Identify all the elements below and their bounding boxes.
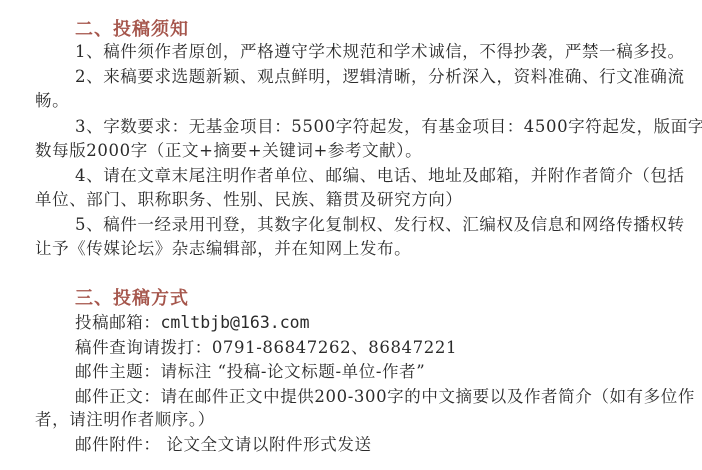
inquiry-phone-numbers: 0791-86847262、86847221 bbox=[212, 338, 457, 357]
inquiry-phone-line: 稿件查询请拨打：0791-86847262、86847221 bbox=[75, 337, 457, 359]
submission-email-line: 投稿邮箱：cmltbjb@163.com bbox=[75, 312, 310, 334]
notice-item-1: 1、稿件须作者原创，严格遵守学术规范和学术诚信，不得抄袭，严禁一稿多投。 bbox=[75, 41, 685, 63]
inquiry-phone-label: 稿件查询请拨打： bbox=[75, 338, 212, 357]
notice-item-5-continued: 让予《传媒论坛》杂志编辑部，并在知网上发布。 bbox=[35, 238, 411, 260]
notice-item-5: 5、稿件一经录用刊登，其数字化复制权、发行权、汇编权及信息和网络传播权转 bbox=[75, 214, 685, 236]
notice-item-4: 4、请在文章末尾注明作者单位、邮编、电话、地址及邮箱，并附作者简介（包括 bbox=[75, 165, 685, 187]
notice-item-4-continued: 单位、部门、职称职务、性别、民族、籍贯及研究方向） bbox=[35, 189, 463, 211]
email-attachment-line: 邮件附件： 论文全文请以附件形式发送 bbox=[75, 434, 372, 456]
email-subject-line: 邮件主题：请标注 “投稿-论文标题-单位-作者” bbox=[75, 361, 425, 383]
section-heading-submission-notes: 二、投稿须知 bbox=[75, 18, 189, 42]
email-attachment-instruction: 论文全文请以附件形式发送 bbox=[161, 435, 372, 454]
email-body-line: 邮件正文：请在邮件正文中提供200-300字的中文摘要以及作者简介（如有多位作 bbox=[75, 386, 695, 408]
email-body-line-continued: 者，请注明作者顺序。） bbox=[35, 409, 215, 431]
email-subject-label: 邮件主题： bbox=[75, 362, 161, 381]
email-subject-instruction: 请标注 “投稿-论文标题-单位-作者” bbox=[161, 362, 426, 381]
notice-item-2-continued: 畅。 bbox=[35, 90, 69, 112]
notice-item-2: 2、来稿要求选题新颖、观点鲜明，逻辑清晰，分析深入，资料准确、行文准确流 bbox=[75, 66, 685, 88]
submission-email-address[interactable]: cmltbjb@163.com bbox=[161, 313, 310, 332]
section-heading-submission-method: 三、投稿方式 bbox=[75, 287, 189, 311]
notice-item-3: 3、字数要求：无基金项目：5500字符起发，有基金项目：4500字符起发，版面字 bbox=[75, 116, 702, 138]
submission-email-label: 投稿邮箱： bbox=[75, 313, 161, 332]
notice-item-3-continued: 数每版2000字（正文+摘要+关键词+参考文献）。 bbox=[35, 140, 422, 162]
email-attachment-label: 邮件附件： bbox=[75, 435, 161, 454]
